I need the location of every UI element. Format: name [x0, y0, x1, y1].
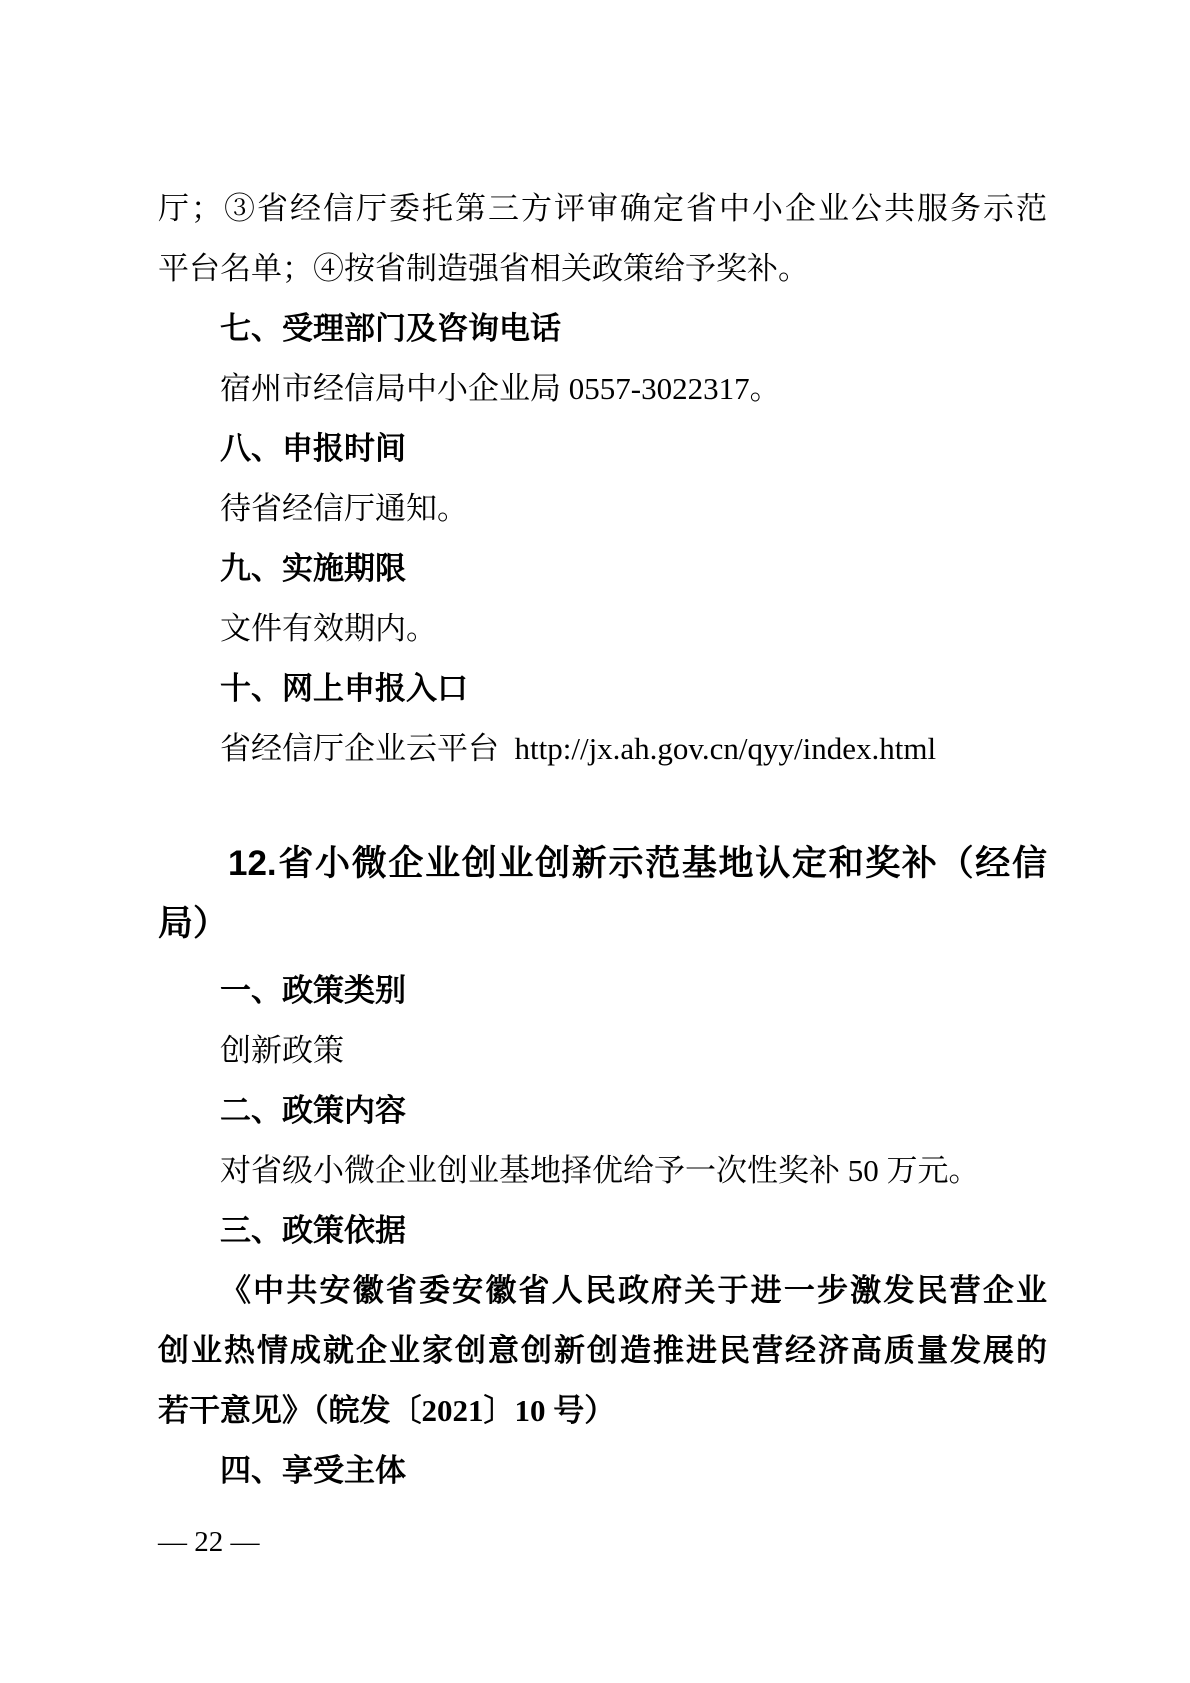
document-body: 厅；③省经信厅委托第三方评审确定省中小企业公共服务示范 平台名单；④按省制造强省… — [158, 179, 1047, 1501]
heading-9-implementation-period: 九、实施期限 — [158, 539, 1047, 599]
para-online-portal-url: 省经信厅企业云平台 http://jx.ah.gov.cn/qyy/index.… — [158, 719, 1047, 779]
title-item-12-line-2: 局） — [158, 894, 1047, 954]
heading-4-beneficiary: 四、享受主体 — [158, 1441, 1047, 1501]
heading-1-policy-category: 一、政策类别 — [158, 961, 1047, 1021]
title-item-12-line-1: 12.省小微企业创业创新示范基地认定和奖补（经信 — [158, 834, 1047, 894]
heading-8-application-time: 八、申报时间 — [158, 419, 1047, 479]
heading-7-accepting-department: 七、受理部门及咨询电话 — [158, 299, 1047, 359]
heading-10-online-portal: 十、网上申报入口 — [158, 659, 1047, 719]
para-continuation-line-1: 厅；③省经信厅委托第三方评审确定省中小企业公共服务示范 — [158, 179, 1047, 239]
para-policy-basis-line-1: 《中共安徽省委安徽省人民政府关于进一步激发民营企业 — [158, 1261, 1047, 1321]
para-continuation-line-2: 平台名单；④按省制造强省相关政策给予奖补。 — [158, 239, 1047, 299]
para-policy-content: 对省级小微企业创业基地择优给予一次性奖补 50 万元。 — [158, 1141, 1047, 1201]
page-number: — 22 — — [158, 1524, 260, 1560]
para-contact-phone: 宿州市经信局中小企业局 0557-3022317。 — [158, 359, 1047, 419]
para-policy-basis-line-3: 若干意见》（皖发〔2021〕10 号） — [158, 1381, 1047, 1441]
para-policy-basis-line-2: 创业热情成就企业家创意创新创造推进民营经济高质量发展的 — [158, 1321, 1047, 1381]
para-implementation-period: 文件有效期内。 — [158, 599, 1047, 659]
para-policy-category: 创新政策 — [158, 1021, 1047, 1081]
heading-2-policy-content: 二、政策内容 — [158, 1081, 1047, 1141]
para-application-time: 待省经信厅通知。 — [158, 479, 1047, 539]
document-page: 厅；③省经信厅委托第三方评审确定省中小企业公共服务示范 平台名单；④按省制造强省… — [0, 0, 1190, 1683]
heading-3-policy-basis: 三、政策依据 — [158, 1201, 1047, 1261]
